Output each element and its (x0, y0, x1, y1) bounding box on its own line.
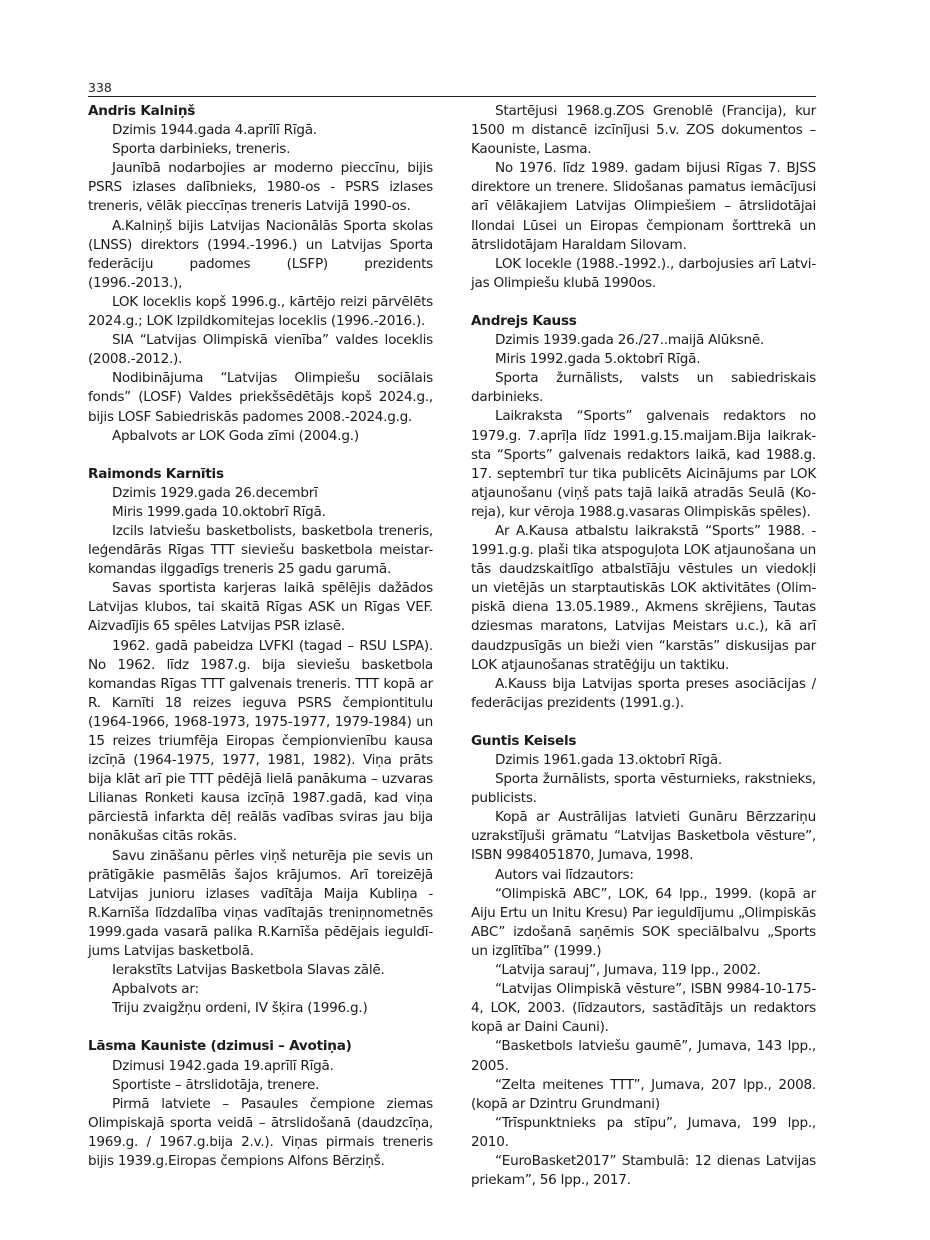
biography-heading: Raimonds Karnītis (88, 465, 433, 484)
right-column: Startējusi 1968.g.ZOS Grenoblē (Francija… (471, 102, 816, 1190)
paragraph: Apbalvots ar LOK Goda zīmi (2004.g.) (88, 427, 433, 446)
section-gap (88, 446, 433, 465)
paragraph: Apbalvots ar: (88, 980, 433, 999)
section-gap (471, 713, 816, 732)
paragraph: Startējusi 1968.g.ZOS Grenoblē (Francija… (471, 102, 816, 159)
paragraph: A.Kalniņš bijis Latvijas Nacionālās Spor… (88, 217, 433, 293)
biography-heading: Andris Kalniņš (88, 102, 433, 121)
paragraph: Autors vai līdzautors: (471, 866, 816, 885)
paragraph: “Latvija sarauj”, Jumava, 119 lpp., 2002… (471, 961, 816, 980)
paragraph: Savu zināšanu pērles viņš neturēja pie s… (88, 847, 433, 962)
paragraph: Jaunībā nodarbojies ar moderno pieccīnu,… (88, 159, 433, 216)
paragraph: LOK loceklis kopš 1996.g., kārtējo reizi… (88, 293, 433, 331)
left-column: Andris KalniņšDzimis 1944.gada 4.aprīlī … (88, 102, 433, 1171)
paragraph: No 1976. līdz 1989. gadam bijusi Rīgas 7… (471, 159, 816, 254)
section-gap (88, 1018, 433, 1037)
paragraph: Dzimis 1961.gada 13.oktobrī Rīgā. (471, 751, 816, 770)
biography-heading: Lāsma Kauniste (dzimusi – Avotiņa) (88, 1037, 433, 1056)
paragraph: Ar A.Kausa atbalstu laikrakstā “Sports” … (471, 522, 816, 675)
paragraph: Sporta darbinieks, treneris. (88, 140, 433, 159)
paragraph: Savas sportista karjeras laikā spēlējis … (88, 579, 433, 636)
paragraph: Dzimis 1929.gada 26.decembrī (88, 484, 433, 503)
paragraph: Sporta žurnālists, valsts un sabiedriska… (471, 369, 816, 407)
paragraph: “Latvijas Olimpiskā vēsture”, ISBN 9984-… (471, 980, 816, 1037)
paragraph: “Olimpiskā ABC”, LOK, 64 lpp., 1999. (ko… (471, 885, 816, 961)
paragraph: Nodibinājuma “Latvijas Olimpiešu sociāla… (88, 369, 433, 426)
paragraph: Dzimusi 1942.gada 19.aprīlī Rīgā. (88, 1057, 433, 1076)
paragraph: Izcils latviešu basketbolists, basketbol… (88, 522, 433, 579)
paragraph: Miris 1992.gada 5.oktobrī Rīgā. (471, 350, 816, 369)
section-gap (471, 293, 816, 312)
paragraph: Triju zvaigžņu ordeni, IV šķira (1996.g.… (88, 999, 433, 1018)
biography-heading: Andrejs Kauss (471, 312, 816, 331)
paragraph: Sportiste – ātrslidotāja, trenere. (88, 1076, 433, 1095)
paragraph: Kopā ar Austrālijas latvieti Gunāru Bērz… (471, 808, 816, 865)
paragraph: Ierakstīts Latvijas Basketbola Slavas zā… (88, 961, 433, 980)
paragraph: A.Kauss bija Latvijas sporta preses asoc… (471, 675, 816, 713)
paragraph: Sporta žurnālists, sporta vēsturnieks, r… (471, 770, 816, 808)
paragraph: LOK locekle (1988.-1992.)., darbojusies … (471, 255, 816, 293)
paragraph: “EuroBasket2017” Stambulā: 12 dienas Lat… (471, 1152, 816, 1190)
page-number: 338 (88, 80, 112, 95)
paragraph: “Zelta meitenes TTT”, Jumava, 207 lpp., … (471, 1076, 816, 1114)
paragraph: “Basketbols latviešu gaumē”, Jumava, 143… (471, 1037, 816, 1075)
paragraph: “Trīspunktnieks pa stīpu”, Jumava, 199 l… (471, 1114, 816, 1152)
paragraph: Dzimis 1944.gada 4.aprīlī Rīgā. (88, 121, 433, 140)
paragraph: Laikraksta “Sports” galvenais redaktors … (471, 407, 816, 522)
paragraph: Dzimis 1939.gada 26./27..maijā Alūksnē. (471, 331, 816, 350)
paragraph: Miris 1999.gada 10.oktobrī Rīgā. (88, 503, 433, 522)
paragraph: 1962. gadā pabeidza LVFKI (tagad – RSU L… (88, 637, 433, 847)
biography-heading: Guntis Keisels (471, 732, 816, 751)
paragraph: Pirmā latviete – Pasaules čempione ziema… (88, 1095, 433, 1171)
header-rule (88, 96, 816, 97)
paragraph: SIA “Latvijas Olimpiskā vienība” valdes … (88, 331, 433, 369)
